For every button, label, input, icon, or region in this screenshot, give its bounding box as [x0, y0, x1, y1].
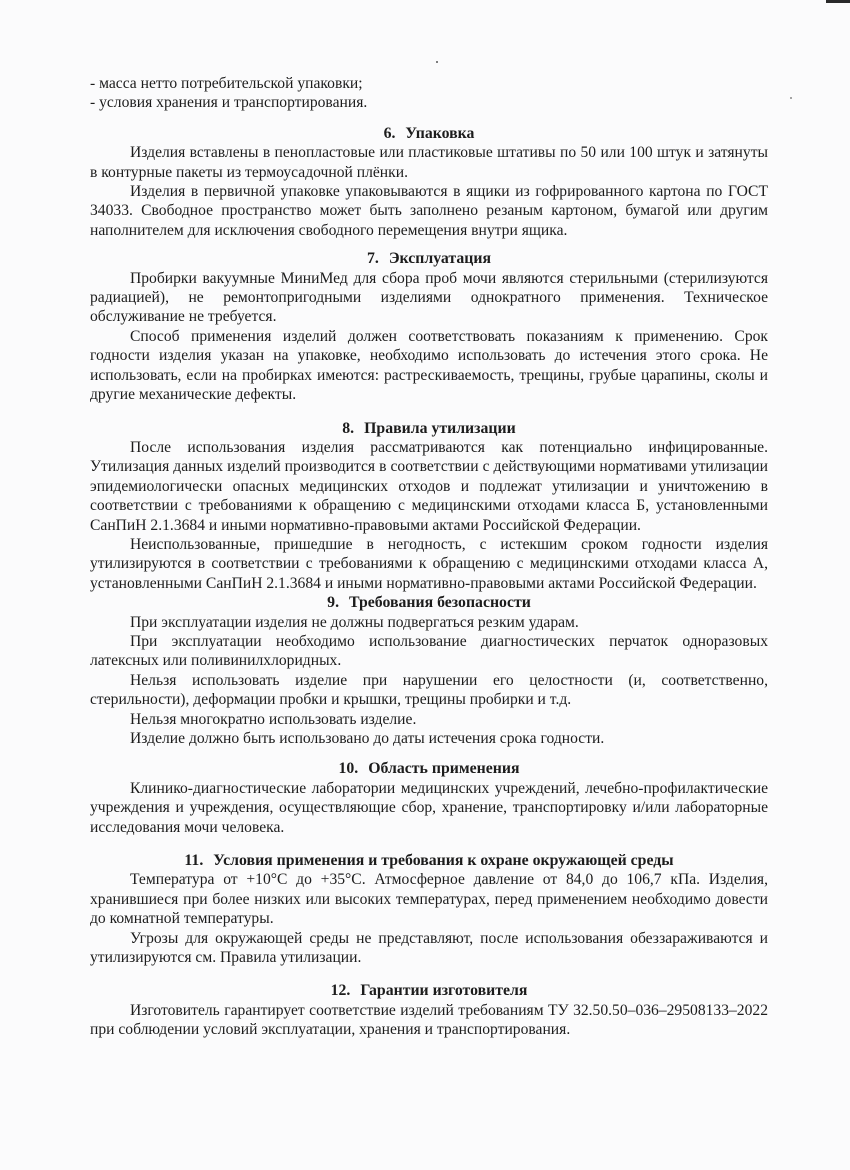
section-disposal-rules: 8.Правила утилизации После использования… [90, 419, 768, 594]
scan-speck [790, 97, 792, 99]
paragraph: При эксплуатации необходимо использовани… [90, 632, 768, 671]
paragraph: Пробирки вакуумные МиниМед для сбора про… [90, 269, 768, 327]
paragraph: После использования изделия рассматриваю… [90, 438, 768, 535]
section-number: 8. [342, 420, 354, 437]
section-title: Эксплуатация [389, 250, 491, 267]
section-heading: 7.Эксплуатация [90, 249, 768, 268]
section-heading: 10.Область применения [90, 759, 768, 778]
paragraph: Способ применения изделий должен соответ… [90, 327, 768, 405]
intro-list-item: - масса нетто потребительской упаковки; [90, 74, 768, 93]
section-number: 10. [338, 760, 358, 777]
section-number: 7. [367, 250, 379, 267]
section-title: Упаковка [405, 125, 474, 142]
section-packaging: 6.Упаковка Изделия вставлены в пенопласт… [90, 124, 768, 240]
section-title: Правила утилизации [364, 420, 516, 437]
section-safety-requirements: 9.Требования безопасности При эксплуатац… [90, 593, 768, 748]
section-heading: 9.Требования безопасности [90, 593, 768, 612]
section-heading: 6.Упаковка [90, 124, 768, 143]
section-title: Область применения [368, 760, 519, 777]
scanned-page: - масса нетто потребительской упаковки; … [0, 0, 850, 1170]
section-number: 6. [384, 125, 396, 142]
section-heading: 11.Условия применения и требования к охр… [90, 851, 768, 870]
paragraph: Изделие должно быть использовано до даты… [90, 729, 768, 748]
section-scope-of-application: 10.Область применения Клинико-диагностич… [90, 759, 768, 837]
scan-speck [436, 61, 438, 63]
section-manufacturer-warranty: 12.Гарантии изготовителя Изготовитель га… [90, 981, 768, 1039]
section-operation: 7.Эксплуатация Пробирки вакуумные МиниМе… [90, 249, 768, 404]
paragraph: Изделия вставлены в пенопластовые или пл… [90, 143, 768, 182]
paragraph: Клинико-диагностические лаборатории меди… [90, 779, 768, 837]
section-number: 9. [327, 594, 339, 611]
document-body: - масса нетто потребительской упаковки; … [90, 74, 768, 1040]
section-heading: 8.Правила утилизации [90, 419, 768, 438]
intro-list: - масса нетто потребительской упаковки; … [90, 74, 768, 113]
paragraph: Нельзя использовать изделие при нарушени… [90, 671, 768, 710]
paragraph: Нельзя многократно использовать изделие. [90, 710, 768, 729]
intro-list-item: - условия хранения и транспортирования. [90, 93, 768, 112]
paragraph: Угрозы для окружающей среды не представл… [90, 929, 768, 968]
section-title: Гарантии изготовителя [360, 982, 527, 999]
paragraph: Температура от +10°С до +35°С. Атмосферн… [90, 870, 768, 928]
section-title: Требования безопасности [349, 594, 531, 611]
paragraph: Неиспользованные, пришедшие в негодность… [90, 535, 768, 593]
paragraph: Изготовитель гарантирует соответствие из… [90, 1001, 768, 1040]
section-number: 12. [331, 982, 351, 999]
paragraph: Изделия в первичной упаковке упаковывают… [90, 182, 768, 240]
scan-edge-shadow [826, 0, 850, 3]
section-heading: 12.Гарантии изготовителя [90, 981, 768, 1000]
section-title: Условия применения и требования к охране… [213, 852, 673, 869]
section-conditions-environment: 11.Условия применения и требования к охр… [90, 851, 768, 967]
paragraph: При эксплуатации изделия не должны подве… [90, 613, 768, 632]
section-number: 11. [184, 852, 203, 869]
